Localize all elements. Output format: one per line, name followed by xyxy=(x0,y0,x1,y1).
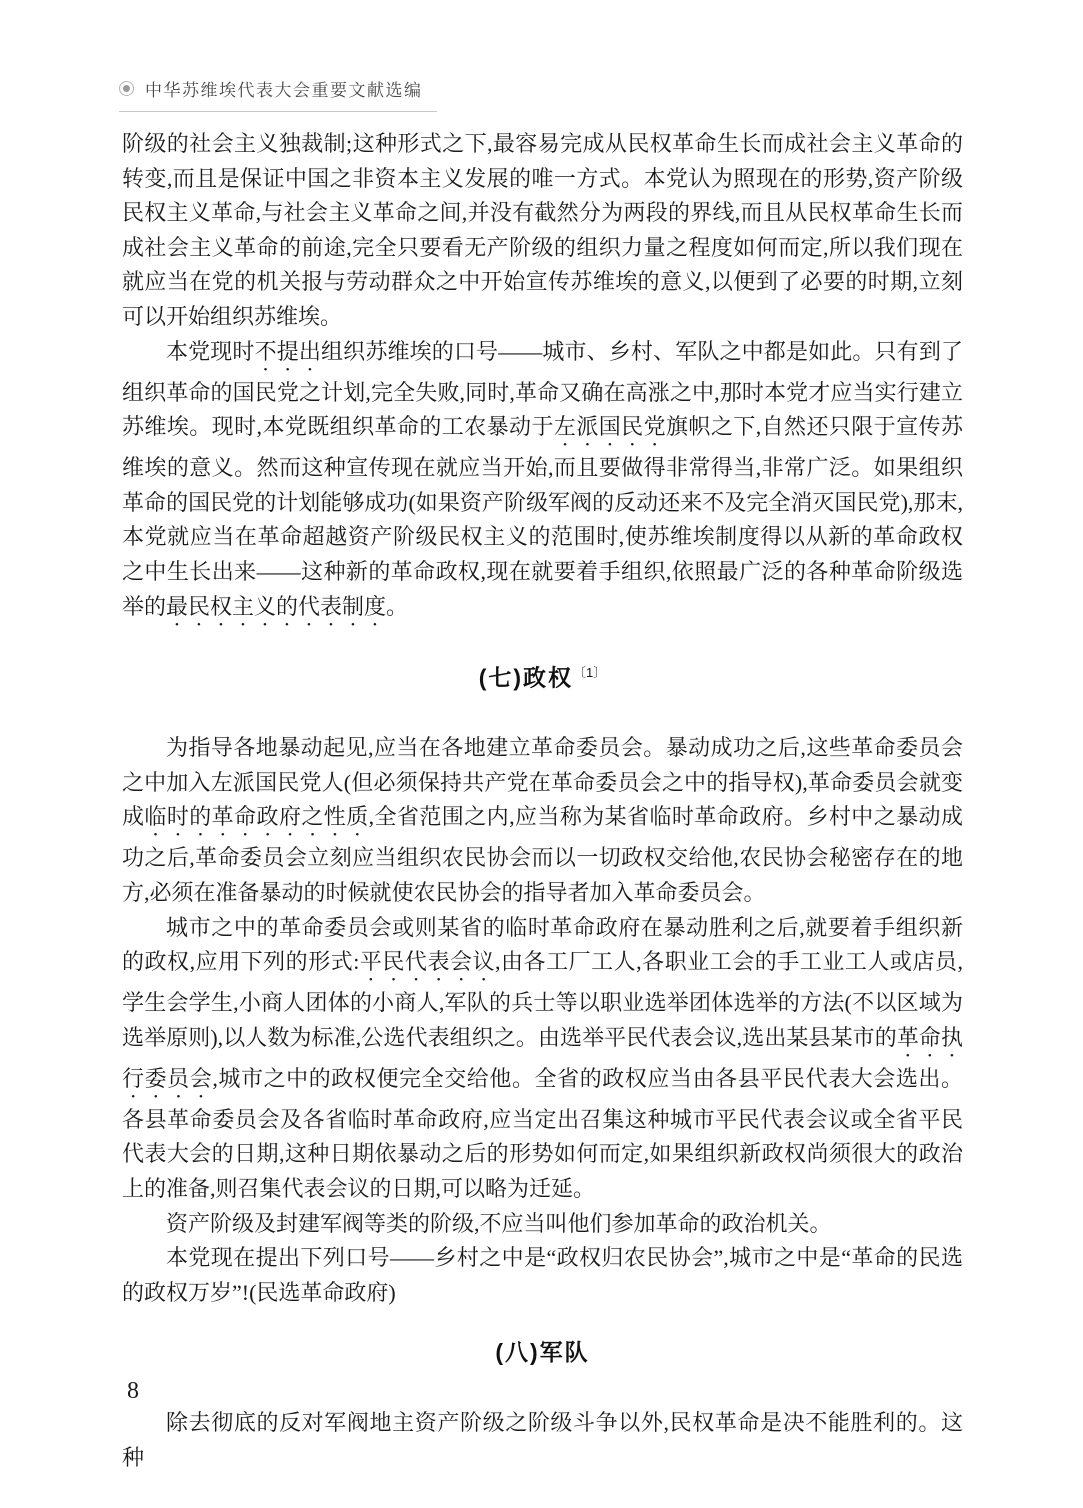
footnote-marker: 〔1〕 xyxy=(573,665,606,680)
body-paragraph: 阶级的社会主义独裁制;这种形式之下,最容易完成从民权革命生长而成社会主义革命的转… xyxy=(122,127,963,335)
body-paragraph: 本党现在提出下列口号——乡村之中是“政权归农民协会”,城市之中是“革命的民选的政… xyxy=(122,1241,963,1310)
text-segment: 本党现时 xyxy=(166,339,255,364)
book-page: 中华苏维埃代表大会重要文献选编 阶级的社会主义独裁制;这种形式之下,最容易完成从… xyxy=(0,0,1083,1508)
emphasized-text: 最民权主义的代表制度 xyxy=(166,594,386,619)
running-header: 中华苏维埃代表大会重要文献选编 xyxy=(119,76,437,112)
section-heading-politics: (七)政权〔1〕 xyxy=(122,658,963,693)
text-segment: 。 xyxy=(386,594,408,619)
page-number: 8 xyxy=(127,1378,139,1405)
text-segment: 本党现在提出下列口号——乡村之中是“政权归农民协会”,城市之中是“革命的民选的政… xyxy=(122,1245,963,1305)
emphasized-text: 临时的革命政府之性质 xyxy=(144,804,368,829)
section-heading-text: (八)军队 xyxy=(495,1339,589,1365)
body-paragraph: 除去彻底的反对军阀地主资产阶级之阶级斗争以外,民权革命是决不能胜利的。这种 xyxy=(122,1406,963,1475)
body-paragraph: 城市之中的革命委员会或则某省的临时革命政府在暴动胜利之后,就要着手组织新的政权,… xyxy=(122,911,963,1207)
text-segment: 阶级的社会主义独裁制;这种形式之下,最容易完成从民权革命生长而成社会主义革命的转… xyxy=(122,131,963,329)
emphasized-text: 平民代表会议 xyxy=(359,949,495,974)
bullet-circle-icon xyxy=(119,81,134,96)
text-segment: 旗帜之下,自然还只限于宣传苏维埃的意义。然而这种宣传现在就应当开始,而且要做得非… xyxy=(122,414,963,618)
section-heading-text: (七)政权 xyxy=(479,664,573,690)
text-segment: 资产阶级及封建军阀等类的阶级,不应当叫他们参加革命的政治机关。 xyxy=(166,1211,832,1236)
text-segment: 除去彻底的反对军阀地主资产阶级之阶级斗争以外,民权革命是决不能胜利的。这种 xyxy=(122,1410,963,1470)
body-paragraph: 为指导各地暴动起见,应当在各地建立革命委员会。暴动成功之后,这些革命委员会之中加… xyxy=(122,731,963,910)
emphasized-text: 左派国民党 xyxy=(554,414,666,439)
body-paragraph: 本党现时不提出组织苏维埃的口号——城市、乡村、军队之中都是如此。只有到了组织革命… xyxy=(122,335,963,631)
text-segment: ,城市之中的政权便完全交给他。全省的政权应当由各县平民代表大会选出。各县革命委员… xyxy=(122,1066,963,1201)
body-paragraph: 资产阶级及封建军阀等类的阶级,不应当叫他们参加革命的政治机关。 xyxy=(122,1207,963,1242)
section-heading-army: (八)军队 xyxy=(122,1337,963,1367)
page-body: 阶级的社会主义独裁制;这种形式之下,最容易完成从民权革命生长而成社会主义革命的转… xyxy=(122,127,963,1476)
emphasized-text: 不提出 xyxy=(255,339,321,364)
running-title: 中华苏维埃代表大会重要文献选编 xyxy=(145,76,423,101)
